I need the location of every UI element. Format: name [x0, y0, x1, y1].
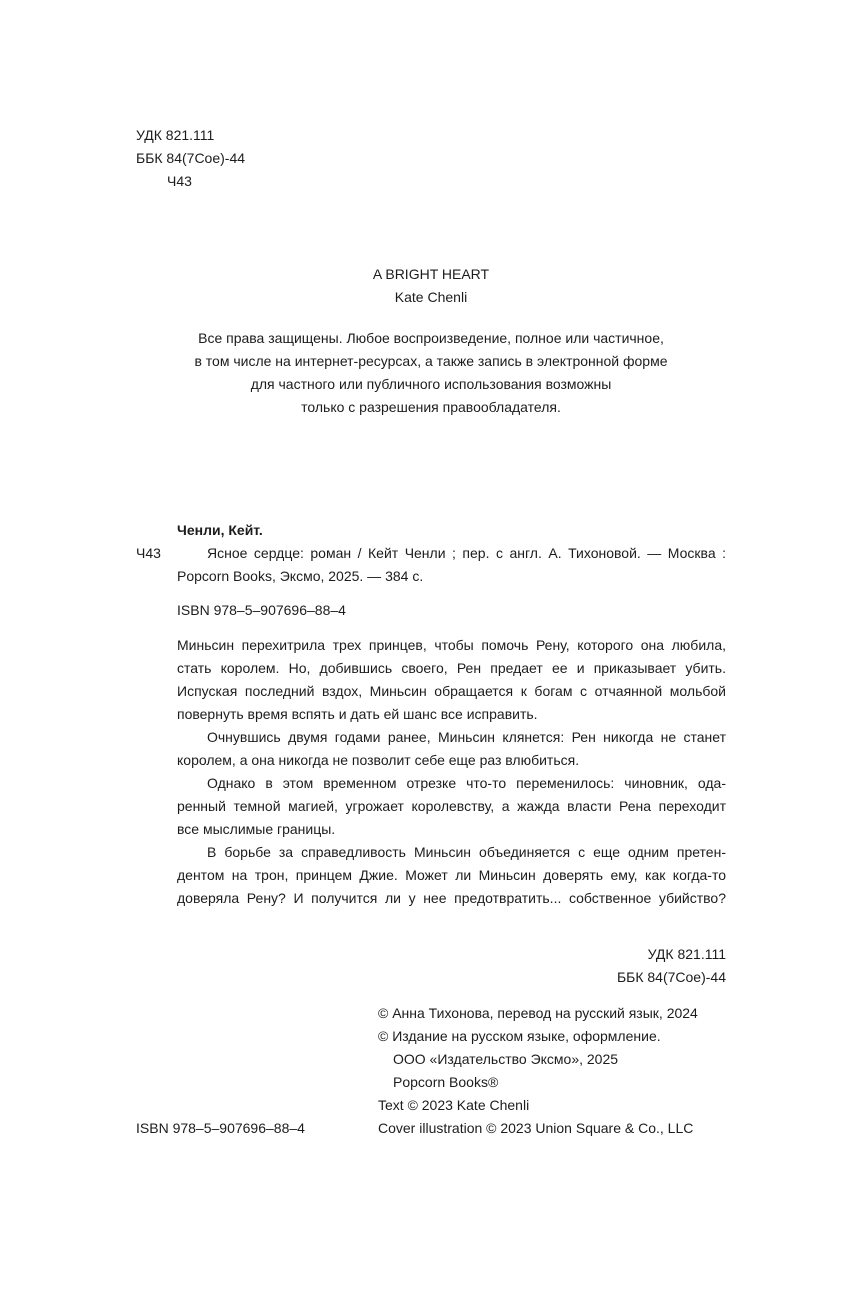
- catalog-author-mark: Ч43: [136, 542, 161, 565]
- rights-notice: Все права защищены. Любое воспроизведени…: [136, 327, 726, 419]
- annotation-udk: УДК 821.111: [648, 943, 726, 966]
- annotation-line: дентом на трон, принцем Джие. Может ли М…: [177, 864, 726, 887]
- annotation-line: доверяла Рену? И получится ли у нее пред…: [177, 887, 726, 910]
- copyright-block: © Анна Тихонова, перевод на русский язык…: [378, 1002, 698, 1140]
- rights-notice-line: в том числе на интернет-ресурсах, а такж…: [136, 350, 726, 373]
- annotation-line: Испуская последний вздох, Миньсин обраща…: [177, 680, 726, 703]
- original-author: Kate Chenli: [136, 286, 726, 309]
- author-mark-header: Ч43: [167, 170, 192, 193]
- rights-notice-line: только с разрешения правообладателя.: [136, 396, 726, 419]
- annotation-line: все мыслимые границы.: [177, 818, 726, 841]
- annotation-paragraph: Очнувшись двумя годами ранее, Миньсин кл…: [177, 726, 726, 772]
- annotation-line: В борьбе за справедливость Миньсин объед…: [177, 841, 726, 864]
- catalog-author-heading: Ченли, Кейт.: [177, 519, 263, 542]
- annotation-line: Очнувшись двумя годами ранее, Миньсин кл…: [177, 726, 726, 749]
- copyright-line: Cover illustration © 2023 Union Square &…: [378, 1117, 698, 1140]
- annotation: Миньсин перехитрила трех принцев, чтобы …: [177, 634, 726, 910]
- catalog-isbn: ISBN 978–5–907696–88–4: [177, 599, 346, 622]
- copyright-line: © Издание на русском языке, оформление.: [378, 1025, 698, 1048]
- annotation-line: Однако в этом временном отрезке что-то п…: [177, 772, 726, 795]
- annotation-line: повернуть время вспять и дать ей шанс вс…: [177, 703, 726, 726]
- annotation-line: королем, а она никогда не позволит себе …: [177, 749, 726, 772]
- annotation-line: ренный темной магией, угрожает королевст…: [177, 795, 726, 818]
- copyright-line: Text © 2023 Kate Chenli: [378, 1094, 698, 1117]
- rights-notice-line: Все права защищены. Любое воспроизведени…: [136, 327, 726, 350]
- udk-header: УДК 821.111: [136, 124, 214, 147]
- annotation-bbk: ББК 84(7Сое)-44: [617, 966, 726, 989]
- annotation-line: стать королем. Но, добившись своего, Рен…: [177, 657, 726, 680]
- copyright-line: ООО «Издательство Эксмо», 2025: [378, 1048, 698, 1071]
- copyright-line: Popcorn Books®: [378, 1071, 698, 1094]
- annotation-paragraph: Однако в этом временном отрезке что-то п…: [177, 772, 726, 841]
- rights-notice-line: для частного или публичного использовани…: [136, 373, 726, 396]
- annotation-line: Миньсин перехитрила трех принцев, чтобы …: [177, 634, 726, 657]
- isbn-footer: ISBN 978–5–907696–88–4: [136, 1117, 305, 1140]
- catalog-description-line: Ясное сердце: роман / Кейт Ченли ; пер. …: [177, 542, 726, 565]
- copyright-line: © Анна Тихонова, перевод на русский язык…: [378, 1002, 698, 1025]
- catalog-description: Ясное сердце: роман / Кейт Ченли ; пер. …: [177, 542, 726, 588]
- original-title: A BRIGHT HEART: [136, 263, 726, 286]
- catalog-description-line: Popcorn Books, Эксмо, 2025. — 384 с.: [177, 565, 726, 588]
- bbk-header: ББК 84(7Сое)-44: [136, 147, 245, 170]
- annotation-paragraph: Миньсин перехитрила трех принцев, чтобы …: [177, 634, 726, 726]
- annotation-paragraph: В борьбе за справедливость Миньсин объед…: [177, 841, 726, 910]
